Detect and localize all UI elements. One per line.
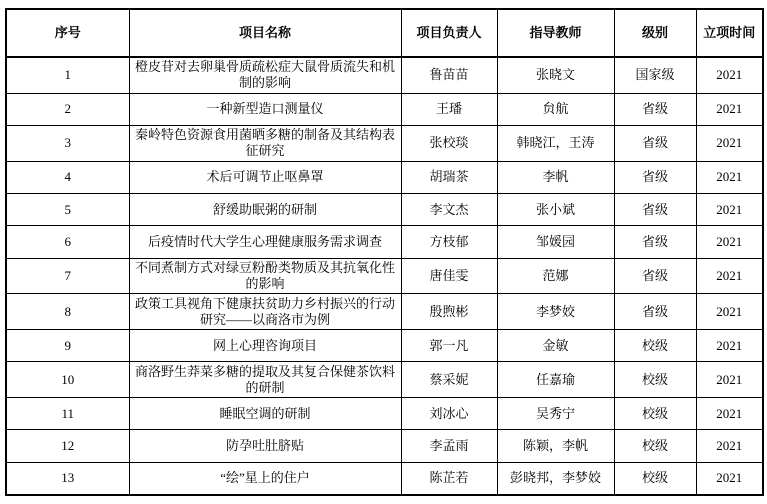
cell-level: 校级 [614, 397, 696, 429]
cell-project-name: 防孕吐肚脐贴 [129, 430, 401, 462]
table-header: 序号 项目名称 项目负责人 指导教师 级别 立项时间 [6, 9, 763, 57]
cell-leader: 陈芷若 [401, 462, 497, 495]
table-row: 2一种新型造口测量仪王璠贠航省级2021 [6, 93, 763, 125]
cell-project-name: 舒缓助眠粥的研制 [129, 193, 401, 225]
cell-year: 2021 [696, 226, 763, 258]
table-body: 1橙皮苷对去卵巢骨质疏松症大鼠骨质流失和机制的影响鲁苗苗张晓文国家级20212一… [6, 57, 763, 495]
cell-leader: 方枝郁 [401, 226, 497, 258]
table-row: 12防孕吐肚脐贴李孟雨陈颖，李帆校级2021 [6, 430, 763, 462]
cell-year: 2021 [696, 93, 763, 125]
cell-index: 13 [6, 462, 129, 495]
cell-project-name: 商洛野生莽菜多糖的提取及其复合保健茶饮料的研制 [129, 362, 401, 398]
cell-advisor: 彭晓邦，李梦姣 [497, 462, 614, 495]
cell-leader: 蔡采妮 [401, 362, 497, 398]
cell-year: 2021 [696, 193, 763, 225]
cell-index: 10 [6, 362, 129, 398]
cell-leader: 郭一凡 [401, 329, 497, 361]
cell-level: 省级 [614, 161, 696, 193]
cell-advisor: 陈颖，李帆 [497, 430, 614, 462]
cell-level: 校级 [614, 329, 696, 361]
cell-leader: 李文杰 [401, 193, 497, 225]
cell-advisor: 张晓文 [497, 57, 614, 93]
cell-level: 省级 [614, 258, 696, 294]
cell-index: 2 [6, 93, 129, 125]
cell-year: 2021 [696, 397, 763, 429]
cell-year: 2021 [696, 462, 763, 495]
cell-index: 6 [6, 226, 129, 258]
cell-index: 4 [6, 161, 129, 193]
cell-level: 省级 [614, 294, 696, 330]
cell-advisor: 吴秀宁 [497, 397, 614, 429]
cell-index: 5 [6, 193, 129, 225]
cell-level: 省级 [614, 226, 696, 258]
cell-leader: 唐佳雯 [401, 258, 497, 294]
table-row: 1橙皮苷对去卵巢骨质疏松症大鼠骨质流失和机制的影响鲁苗苗张晓文国家级2021 [6, 57, 763, 93]
cell-advisor: 任嘉瑜 [497, 362, 614, 398]
cell-leader: 鲁苗苗 [401, 57, 497, 93]
cell-project-name: 不同煮制方式对绿豆粉酚类物质及其抗氧化性的影响 [129, 258, 401, 294]
table-row: 8政策工具视角下健康扶贫助力乡村振兴的行动研究——以商洛市为例殷煦彬李梦姣省级2… [6, 294, 763, 330]
cell-index: 11 [6, 397, 129, 429]
cell-year: 2021 [696, 329, 763, 361]
cell-year: 2021 [696, 161, 763, 193]
table-row: 5舒缓助眠粥的研制李文杰张小斌省级2021 [6, 193, 763, 225]
cell-leader: 王璠 [401, 93, 497, 125]
cell-project-name: 政策工具视角下健康扶贫助力乡村振兴的行动研究——以商洛市为例 [129, 294, 401, 330]
cell-project-name: 后疫情时代大学生心理健康服务需求调查 [129, 226, 401, 258]
cell-project-name: 一种新型造口测量仪 [129, 93, 401, 125]
document-page: 序号 项目名称 项目负责人 指导教师 级别 立项时间 1橙皮苷对去卵巢骨质疏松症… [0, 0, 767, 504]
cell-leader: 刘冰心 [401, 397, 497, 429]
cell-project-name: “绘”星上的住户 [129, 462, 401, 495]
cell-index: 7 [6, 258, 129, 294]
cell-advisor: 邹媛园 [497, 226, 614, 258]
cell-index: 9 [6, 329, 129, 361]
cell-leader: 殷煦彬 [401, 294, 497, 330]
header-advisor: 指导教师 [497, 9, 614, 57]
table-row: 10商洛野生莽菜多糖的提取及其复合保健茶饮料的研制蔡采妮任嘉瑜校级2021 [6, 362, 763, 398]
cell-level: 省级 [614, 193, 696, 225]
cell-index: 1 [6, 57, 129, 93]
header-row: 序号 项目名称 项目负责人 指导教师 级别 立项时间 [6, 9, 763, 57]
cell-project-name: 睡眠空调的研制 [129, 397, 401, 429]
cell-level: 校级 [614, 430, 696, 462]
table-row: 3秦岭特色资源食用菌晒多糖的制备及其结构表征研究张校琰韩晓江，王涛省级2021 [6, 126, 763, 162]
cell-leader: 张校琰 [401, 126, 497, 162]
cell-level: 国家级 [614, 57, 696, 93]
cell-level: 省级 [614, 93, 696, 125]
cell-advisor: 张小斌 [497, 193, 614, 225]
table-row: 6后疫情时代大学生心理健康服务需求调查方枝郁邹媛园省级2021 [6, 226, 763, 258]
cell-year: 2021 [696, 430, 763, 462]
table-row: 7不同煮制方式对绿豆粉酚类物质及其抗氧化性的影响唐佳雯范娜省级2021 [6, 258, 763, 294]
cell-level: 校级 [614, 362, 696, 398]
cell-year: 2021 [696, 362, 763, 398]
header-leader: 项目负责人 [401, 9, 497, 57]
table-row: 13“绘”星上的住户陈芷若彭晓邦，李梦姣校级2021 [6, 462, 763, 495]
cell-level: 省级 [614, 126, 696, 162]
cell-project-name: 秦岭特色资源食用菌晒多糖的制备及其结构表征研究 [129, 126, 401, 162]
table-row: 11睡眠空调的研制刘冰心吴秀宁校级2021 [6, 397, 763, 429]
header-level: 级别 [614, 9, 696, 57]
table-row: 4术后可调节止呕鼻罩胡瑞茶李帆省级2021 [6, 161, 763, 193]
cell-project-name: 网上心理咨询项目 [129, 329, 401, 361]
cell-year: 2021 [696, 57, 763, 93]
header-year: 立项时间 [696, 9, 763, 57]
cell-leader: 李孟雨 [401, 430, 497, 462]
cell-advisor: 范娜 [497, 258, 614, 294]
cell-index: 8 [6, 294, 129, 330]
cell-leader: 胡瑞茶 [401, 161, 497, 193]
header-index: 序号 [6, 9, 129, 57]
cell-level: 校级 [614, 462, 696, 495]
table-row: 9网上心理咨询项目郭一凡金敏校级2021 [6, 329, 763, 361]
cell-project-name: 术后可调节止呕鼻罩 [129, 161, 401, 193]
header-project-name: 项目名称 [129, 9, 401, 57]
cell-index: 3 [6, 126, 129, 162]
cell-year: 2021 [696, 258, 763, 294]
cell-advisor: 金敏 [497, 329, 614, 361]
cell-year: 2021 [696, 294, 763, 330]
cell-year: 2021 [696, 126, 763, 162]
cell-advisor: 李梦姣 [497, 294, 614, 330]
cell-advisor: 贠航 [497, 93, 614, 125]
project-table: 序号 项目名称 项目负责人 指导教师 级别 立项时间 1橙皮苷对去卵巢骨质疏松症… [5, 8, 764, 496]
cell-advisor: 李帆 [497, 161, 614, 193]
cell-advisor: 韩晓江，王涛 [497, 126, 614, 162]
cell-project-name: 橙皮苷对去卵巢骨质疏松症大鼠骨质流失和机制的影响 [129, 57, 401, 93]
cell-index: 12 [6, 430, 129, 462]
